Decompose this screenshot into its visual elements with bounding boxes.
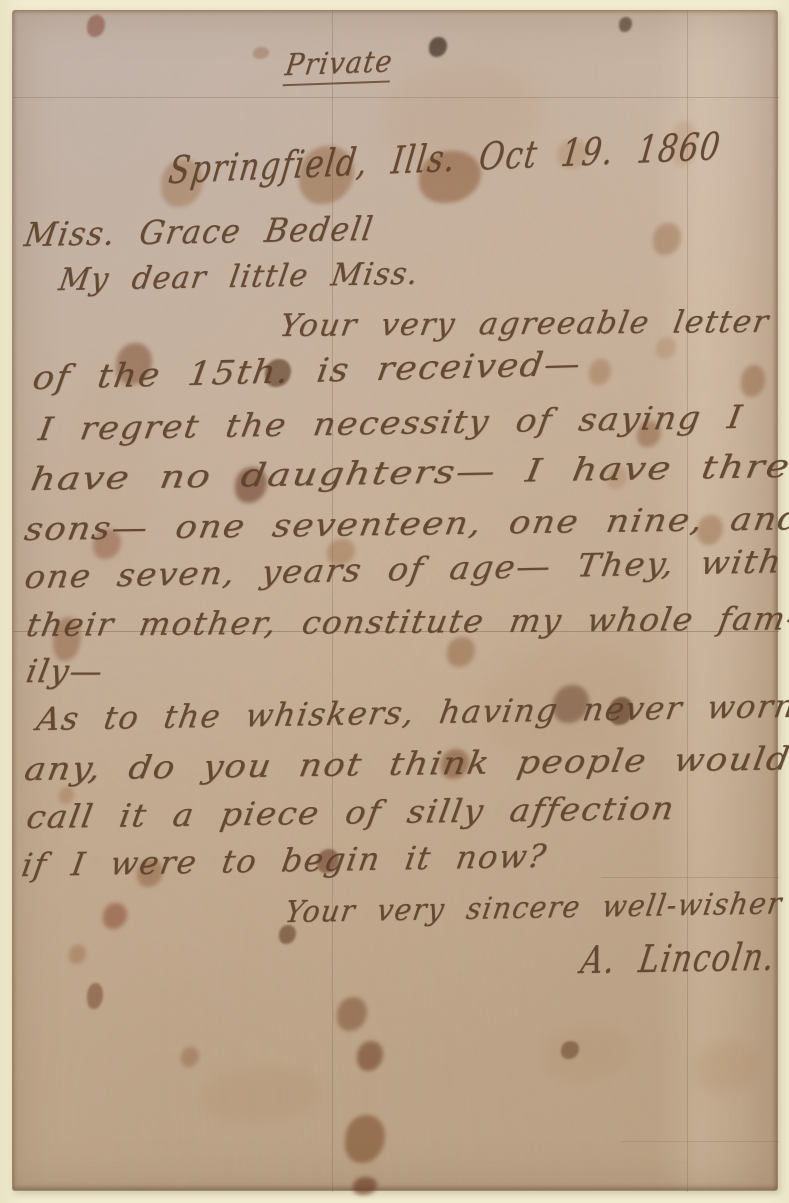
handwritten-line: any, do you not think people would [22, 739, 789, 788]
scanned-letter-backdrop: PrivateSpringfield, Ills. Oct 19. 1860Mi… [0, 0, 789, 1203]
handwritten-line: ily— [23, 652, 107, 690]
handwritten-line: if I were to begin it now? [19, 837, 550, 884]
handwritten-line: A. Lincoln. [578, 935, 779, 983]
handwritten-line: one seven, years of age— They, with [22, 542, 785, 596]
handwritten-line: Your very agreeable letter [277, 304, 772, 344]
handwritten-line: have no daughters— I have three [28, 446, 789, 498]
handwritten-line: As to the whiskers, having never worn [34, 687, 789, 738]
handwritten-line: call it a piece of silly affection [24, 789, 678, 836]
handwritten-line: their mother, constitute my whole fam- [24, 599, 789, 644]
handwritten-line: Miss. Grace Bedell [22, 209, 377, 254]
handwritten-line: I regret the necessity of saying I [36, 398, 746, 448]
handwritten-line: sons— one seventeen, one nine, and [22, 499, 789, 548]
handwritten-line: Springfield, Ills. Oct 19. 1860 [166, 124, 724, 192]
letter-marking-private: Private [283, 44, 396, 86]
handwritten-line: My dear little Miss. [56, 256, 422, 298]
handwriting-layer: PrivateSpringfield, Ills. Oct 19. 1860Mi… [0, 0, 789, 1203]
handwritten-line: Your very sincere well-wisher [282, 886, 785, 930]
handwritten-line: of the 15th. is received— [30, 344, 584, 398]
